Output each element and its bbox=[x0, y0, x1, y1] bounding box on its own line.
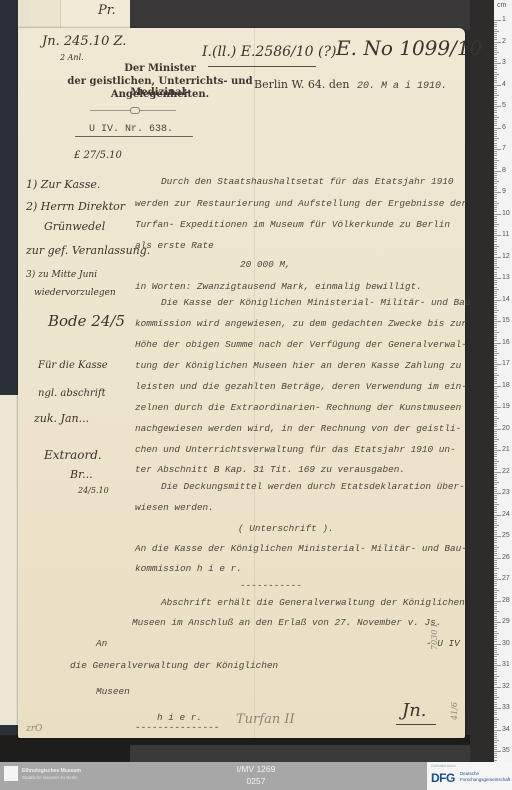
body-line: werden zur Restaurierung und Aufstellung… bbox=[135, 198, 467, 209]
ruler-tick bbox=[494, 398, 497, 399]
ruler-tick bbox=[494, 749, 497, 750]
margin-note-6: wiedervorzulegen bbox=[34, 288, 116, 298]
ruler-tick bbox=[494, 312, 497, 313]
ornament-icon bbox=[130, 107, 140, 114]
ruler-tick bbox=[494, 573, 497, 574]
ruler-tick bbox=[494, 222, 497, 223]
ruler-tick bbox=[494, 91, 497, 92]
ruler-tick bbox=[494, 461, 499, 462]
ruler-tick bbox=[494, 536, 501, 537]
ruler-tick bbox=[494, 626, 497, 627]
ruler-tick bbox=[494, 100, 497, 101]
divider-dashes: --------------- bbox=[135, 722, 219, 733]
ruler-tick bbox=[494, 263, 497, 264]
ruler-tick bbox=[494, 564, 497, 565]
ruler-tick bbox=[494, 751, 501, 752]
ruler-tick bbox=[494, 465, 497, 466]
ruler-tick bbox=[494, 229, 497, 230]
ruler-tick bbox=[494, 745, 497, 746]
ruler-tick bbox=[494, 598, 497, 599]
ruler-tick bbox=[494, 295, 497, 296]
ruler-tick bbox=[494, 117, 499, 118]
ruler-tick bbox=[494, 418, 499, 419]
ruler-label: 12 bbox=[502, 253, 510, 260]
ruler-tick bbox=[494, 379, 497, 380]
ruler-tick bbox=[494, 482, 499, 483]
ruler-tick bbox=[494, 676, 499, 677]
ruler-tick bbox=[494, 476, 497, 477]
ruler-tick bbox=[494, 246, 499, 247]
ruler-label: 10 bbox=[502, 210, 510, 217]
ruler-label: 29 bbox=[502, 618, 510, 625]
ruler-label: 9 bbox=[502, 188, 506, 195]
ruler-tick bbox=[494, 160, 499, 161]
ruler-tick bbox=[494, 484, 497, 485]
reference-number: U IV. Nr. 638. bbox=[89, 124, 173, 135]
body-line: Durch den Staatshaushaltsetat für das Et… bbox=[161, 176, 454, 187]
ruler-label: 2 bbox=[502, 38, 506, 45]
ruler-tick bbox=[494, 575, 497, 576]
ruler-tick bbox=[494, 620, 497, 621]
ruler-tick bbox=[494, 755, 497, 756]
ruler-tick bbox=[494, 72, 497, 73]
ruler-tick bbox=[494, 220, 497, 221]
ruler-tick bbox=[494, 332, 499, 333]
ruler-tick bbox=[494, 259, 497, 260]
ruler-tick bbox=[494, 97, 497, 98]
margin-note-date: £ 27/5.10 bbox=[74, 150, 122, 161]
ruler-tick bbox=[494, 155, 497, 156]
ruler-tick bbox=[494, 732, 497, 733]
ruler-tick bbox=[494, 691, 497, 692]
ruler-tick bbox=[494, 282, 497, 283]
ruler-label: 13 bbox=[502, 274, 510, 281]
ruler-tick bbox=[494, 293, 497, 294]
ruler-tick bbox=[494, 583, 497, 584]
ruler-tick bbox=[494, 444, 497, 445]
ruler-tick bbox=[494, 734, 497, 735]
ruler-tick bbox=[494, 26, 497, 27]
body-line: nachgewiesen werden wird, in der Rechnun… bbox=[135, 423, 461, 434]
ruler-tick bbox=[494, 613, 497, 614]
edge-pencil-number: 7030 I bbox=[430, 624, 439, 650]
ruler-tick bbox=[494, 87, 497, 88]
ruler-label: 4 bbox=[502, 81, 506, 88]
ruler-tick bbox=[494, 706, 497, 707]
ruler-tick bbox=[494, 480, 497, 481]
ruler-tick bbox=[494, 340, 497, 341]
margin-note-8: Für die Kasse bbox=[38, 360, 108, 371]
ruler-tick bbox=[494, 52, 499, 53]
ruler-tick bbox=[494, 302, 497, 303]
ruler-tick bbox=[494, 671, 497, 672]
ruler-tick bbox=[494, 416, 497, 417]
amount-in-words: in Worten: Zwanzigtausend Mark, einmalig… bbox=[135, 281, 422, 292]
ruler-tick bbox=[494, 33, 497, 34]
ruler-tick bbox=[494, 542, 497, 543]
body-line: chen und Unterrichtsverwaltung für das E… bbox=[135, 444, 456, 455]
ruler-tick bbox=[494, 757, 497, 758]
ruler-tick bbox=[494, 650, 497, 651]
ruler-tick bbox=[494, 173, 497, 174]
ruler-tick bbox=[494, 454, 497, 455]
body-line: wiesen werden. bbox=[135, 502, 214, 513]
reference-underline bbox=[75, 136, 193, 137]
margin-note-5: 3) zu Mitte Juni bbox=[26, 270, 97, 280]
ruler-label: 24 bbox=[502, 511, 510, 518]
ruler-tick bbox=[494, 338, 497, 339]
ruler-label: 25 bbox=[502, 532, 510, 539]
ruler-tick bbox=[494, 577, 497, 578]
ruler-tick bbox=[494, 235, 501, 236]
ruler-tick bbox=[494, 76, 497, 77]
ruler-tick bbox=[494, 687, 501, 688]
ruler-tick bbox=[494, 512, 497, 513]
ruler-label: 22 bbox=[502, 468, 510, 475]
ruler-label: 27 bbox=[502, 575, 510, 582]
ruler-tick bbox=[494, 67, 497, 68]
ruler-tick bbox=[494, 719, 499, 720]
ruler-tick bbox=[494, 499, 497, 500]
ruler-unit: cm bbox=[497, 2, 506, 9]
address-an: An bbox=[96, 638, 107, 649]
ruler-tick bbox=[494, 736, 497, 737]
ruler-tick bbox=[494, 31, 499, 32]
ruler-tick bbox=[494, 74, 499, 75]
ruler-tick bbox=[494, 85, 501, 86]
ruler-tick bbox=[494, 708, 501, 709]
ruler-tick bbox=[494, 123, 497, 124]
top-slip-note: Pr. bbox=[98, 3, 116, 18]
ruler-tick bbox=[494, 102, 497, 103]
margin-note-1: 1) Zur Kasse. bbox=[26, 178, 100, 191]
ruler-tick bbox=[494, 452, 497, 453]
ruler-tick bbox=[494, 360, 497, 361]
ruler-tick bbox=[494, 390, 497, 391]
ruler-tick bbox=[494, 63, 501, 64]
ruler-tick bbox=[494, 523, 497, 524]
ruler-label: 14 bbox=[502, 296, 510, 303]
ruler-tick bbox=[494, 532, 497, 533]
ruler-tick bbox=[494, 682, 497, 683]
margin-note-3: Grünwedel bbox=[44, 220, 105, 233]
ruler-tick bbox=[494, 327, 497, 328]
ruler-tick bbox=[494, 489, 497, 490]
ruler-tick bbox=[494, 689, 497, 690]
ruler-tick bbox=[494, 35, 497, 36]
ruler-label: 26 bbox=[502, 554, 510, 561]
margin-note-2: 2) Herrn Direktor bbox=[26, 200, 125, 213]
ruler-tick bbox=[494, 560, 497, 561]
ruler-tick bbox=[494, 413, 497, 414]
ruler-tick bbox=[494, 549, 497, 550]
ruler-tick bbox=[494, 487, 497, 488]
scan-background-top bbox=[130, 0, 470, 30]
ruler-tick bbox=[494, 134, 497, 135]
ruler-tick bbox=[494, 29, 497, 30]
ruler-tick bbox=[494, 467, 497, 468]
funder-name: Deutsche Forschungsgemeinschaft bbox=[460, 771, 510, 783]
ruler-tick bbox=[494, 622, 501, 623]
ruler-tick bbox=[494, 596, 497, 597]
ruler-tick bbox=[494, 693, 497, 694]
ruler-tick bbox=[494, 250, 497, 251]
ruler-tick bbox=[494, 579, 501, 580]
ruler-tick bbox=[494, 654, 499, 655]
ruler-tick bbox=[494, 669, 497, 670]
ruler-tick bbox=[494, 39, 497, 40]
ruler-tick bbox=[494, 198, 497, 199]
ruler-tick bbox=[494, 469, 497, 470]
ruler-tick bbox=[494, 358, 497, 359]
ruler-tick bbox=[494, 183, 497, 184]
ruler-tick bbox=[494, 168, 497, 169]
body-line: leisten und die gezahlten Beträge, deren… bbox=[135, 381, 467, 392]
ruler-tick bbox=[494, 377, 497, 378]
copy-note-line: Abschrift erhält die Generalverwaltung d… bbox=[161, 597, 465, 608]
ruler-tick bbox=[494, 209, 497, 210]
ruler-tick bbox=[494, 140, 497, 141]
ruler-tick bbox=[494, 304, 497, 305]
funder-caption: Gefördert durch bbox=[431, 764, 456, 768]
ruler-tick bbox=[494, 128, 501, 129]
place-date-line: Berlin W. 64. den 20. M a i 1910. bbox=[254, 78, 447, 92]
ruler-tick bbox=[494, 310, 499, 311]
ruler-tick bbox=[494, 441, 497, 442]
ruler-tick bbox=[494, 22, 497, 23]
ruler-tick bbox=[494, 433, 497, 434]
signature-placeholder: ( Unterschrift ). bbox=[238, 523, 334, 534]
ruler-tick bbox=[494, 601, 501, 602]
margin-note-attachments: 2 Anl. bbox=[60, 53, 84, 62]
ruler-label: 18 bbox=[502, 382, 510, 389]
ruler-tick bbox=[494, 388, 497, 389]
ruler-tick bbox=[494, 334, 497, 335]
ruler-tick bbox=[494, 265, 497, 266]
margin-note-top-left: Jn. 245.10 Z. bbox=[42, 34, 126, 49]
ruler-tick bbox=[494, 665, 501, 666]
ruler-tick bbox=[494, 375, 499, 376]
ruler-tick bbox=[494, 218, 497, 219]
body-line: Höhe der obigen Summe nach der Verfügung… bbox=[135, 339, 467, 350]
ruler-tick bbox=[494, 540, 497, 541]
ruler-tick bbox=[494, 280, 497, 281]
ruler-label: 31 bbox=[502, 661, 510, 668]
ruler-tick bbox=[494, 78, 497, 79]
ruler-label: 17 bbox=[502, 360, 510, 367]
ruler-tick bbox=[494, 459, 497, 460]
journal-ref-underline bbox=[208, 66, 316, 67]
ruler-tick bbox=[494, 267, 499, 268]
ruler-tick bbox=[494, 349, 497, 350]
ruler-tick bbox=[494, 192, 501, 193]
ruler-tick bbox=[494, 420, 497, 421]
body-line: Turfan- Expeditionen im Museum für Völke… bbox=[135, 219, 450, 230]
ruler-tick bbox=[494, 510, 497, 511]
ruler-tick bbox=[494, 226, 497, 227]
initial-signature: Jn. bbox=[402, 700, 427, 721]
ruler-tick bbox=[494, 216, 497, 217]
ruler-tick bbox=[494, 607, 497, 608]
body-line: als erste Rate bbox=[135, 240, 214, 251]
ruler-tick bbox=[494, 555, 497, 556]
ruler-tick bbox=[494, 588, 497, 589]
ruler-tick bbox=[494, 130, 497, 131]
measurement-ruler: cm 1234567891011121314151617181920212223… bbox=[494, 0, 512, 762]
ruler-label: 33 bbox=[502, 704, 510, 711]
ruler-tick bbox=[494, 710, 497, 711]
ruler-tick bbox=[494, 631, 497, 632]
ruler-tick bbox=[494, 119, 497, 120]
ruler-tick bbox=[494, 699, 497, 700]
ruler-tick bbox=[494, 175, 497, 176]
date-value: 20. M a i 1910. bbox=[357, 81, 447, 92]
ruler-tick bbox=[494, 171, 501, 172]
ruler-tick bbox=[494, 431, 497, 432]
ruler-tick bbox=[494, 394, 497, 395]
ruler-tick bbox=[494, 211, 497, 212]
ruler-tick bbox=[494, 59, 497, 60]
ruler-tick bbox=[494, 592, 497, 593]
amount: 20 000 M, bbox=[240, 259, 291, 270]
ruler-tick bbox=[494, 392, 497, 393]
funder-name-line-2: Forschungsgemeinschaft bbox=[460, 777, 510, 783]
ruler-tick bbox=[494, 401, 497, 402]
ruler-tick bbox=[494, 330, 497, 331]
ruler-tick bbox=[494, 269, 497, 270]
ruler-tick bbox=[494, 521, 497, 522]
ruler-tick bbox=[494, 278, 501, 279]
ruler-tick bbox=[494, 93, 497, 94]
ruler-tick bbox=[494, 300, 501, 301]
ruler-tick bbox=[494, 570, 497, 571]
ruler-tick bbox=[494, 383, 497, 384]
ruler-tick bbox=[494, 568, 499, 569]
ruler-tick bbox=[494, 203, 499, 204]
ruler-tick bbox=[494, 147, 497, 148]
ruler-tick bbox=[494, 112, 497, 113]
ruler-tick bbox=[494, 437, 497, 438]
ruler-tick bbox=[494, 323, 497, 324]
ruler-tick bbox=[494, 661, 497, 662]
ruler-tick bbox=[494, 530, 497, 531]
ruler-tick bbox=[494, 355, 497, 356]
ruler-tick bbox=[494, 407, 501, 408]
ruler-tick bbox=[494, 261, 497, 262]
underlying-paper-lower bbox=[0, 395, 20, 725]
ruler-tick bbox=[494, 48, 497, 49]
ruler-tick bbox=[494, 177, 497, 178]
ruler-tick bbox=[494, 506, 497, 507]
ruler-tick bbox=[494, 680, 497, 681]
ruler-tick bbox=[494, 405, 497, 406]
ruler-tick bbox=[494, 502, 497, 503]
ruler-label: 5 bbox=[502, 102, 506, 109]
ruler-tick bbox=[494, 132, 497, 133]
ruler-tick bbox=[494, 727, 497, 728]
ruler-tick bbox=[494, 753, 497, 754]
ruler-tick bbox=[494, 241, 497, 242]
ruler-tick bbox=[494, 659, 497, 660]
ruler-tick bbox=[494, 351, 497, 352]
letterhead-line-3: Angelegenheiten. bbox=[100, 89, 220, 100]
ruler-tick bbox=[494, 641, 497, 642]
ruler-tick bbox=[494, 618, 497, 619]
ruler-tick bbox=[494, 291, 497, 292]
ruler-tick bbox=[494, 188, 497, 189]
ruler-tick bbox=[494, 684, 497, 685]
ruler-tick bbox=[494, 517, 497, 518]
ruler-label: 19 bbox=[502, 403, 510, 410]
margin-note-signature-bode: Bode 24/5 bbox=[48, 312, 125, 330]
ruler-tick bbox=[494, 551, 497, 552]
ruler-tick bbox=[494, 69, 497, 70]
ruler-tick bbox=[494, 527, 497, 528]
ruler-tick bbox=[494, 61, 497, 62]
ruler-tick bbox=[494, 46, 497, 47]
margin-note-11: Extraord. bbox=[44, 448, 102, 462]
ruler-tick bbox=[494, 624, 497, 625]
ruler-tick bbox=[494, 644, 501, 645]
address-line: Museen bbox=[96, 686, 130, 697]
ruler-tick bbox=[494, 508, 497, 509]
ruler-tick bbox=[494, 95, 499, 96]
ruler-tick bbox=[494, 115, 497, 116]
ruler-tick bbox=[494, 525, 499, 526]
ruler-label: 15 bbox=[502, 317, 510, 324]
ruler-tick bbox=[494, 104, 497, 105]
ruler-tick bbox=[494, 742, 497, 743]
ruler-tick bbox=[494, 424, 497, 425]
ruler-tick bbox=[494, 136, 497, 137]
dfg-logo-icon: DFG bbox=[431, 771, 455, 785]
ruler-tick bbox=[494, 321, 501, 322]
ruler-tick bbox=[494, 422, 497, 423]
body-line: kommission wird angewiesen, zu dem gedac… bbox=[135, 318, 467, 329]
ruler-tick bbox=[494, 491, 497, 492]
ruler-tick bbox=[494, 239, 497, 240]
ruler-tick bbox=[494, 603, 497, 604]
top-slip-paper-2 bbox=[60, 0, 131, 30]
ruler-tick bbox=[494, 145, 497, 146]
ruler-tick bbox=[494, 248, 497, 249]
ruler-tick bbox=[494, 284, 497, 285]
ruler-tick bbox=[494, 306, 497, 307]
ruler-label: 8 bbox=[502, 167, 506, 174]
ruler-label: 20 bbox=[502, 425, 510, 432]
ruler-label: 7 bbox=[502, 145, 506, 152]
ruler-tick bbox=[494, 353, 499, 354]
ruler-tick bbox=[494, 594, 497, 595]
ruler-tick bbox=[494, 446, 497, 447]
ruler-tick bbox=[494, 366, 497, 367]
ruler-tick bbox=[494, 495, 497, 496]
ruler-label: 35 bbox=[502, 747, 510, 754]
ruler-label: 1 bbox=[502, 16, 506, 23]
bottom-pencil-note: Turfan II bbox=[236, 712, 295, 727]
ruler-tick bbox=[494, 308, 497, 309]
ruler-tick bbox=[494, 186, 497, 187]
ruler-tick bbox=[494, 747, 497, 748]
ruler-tick bbox=[494, 674, 497, 675]
ruler-tick bbox=[494, 472, 501, 473]
ruler-tick bbox=[494, 493, 501, 494]
ruler-tick bbox=[494, 605, 497, 606]
ruler-tick bbox=[494, 149, 501, 150]
ruler-tick bbox=[494, 345, 497, 346]
ruler-tick bbox=[494, 695, 497, 696]
ruler-tick bbox=[494, 42, 501, 43]
